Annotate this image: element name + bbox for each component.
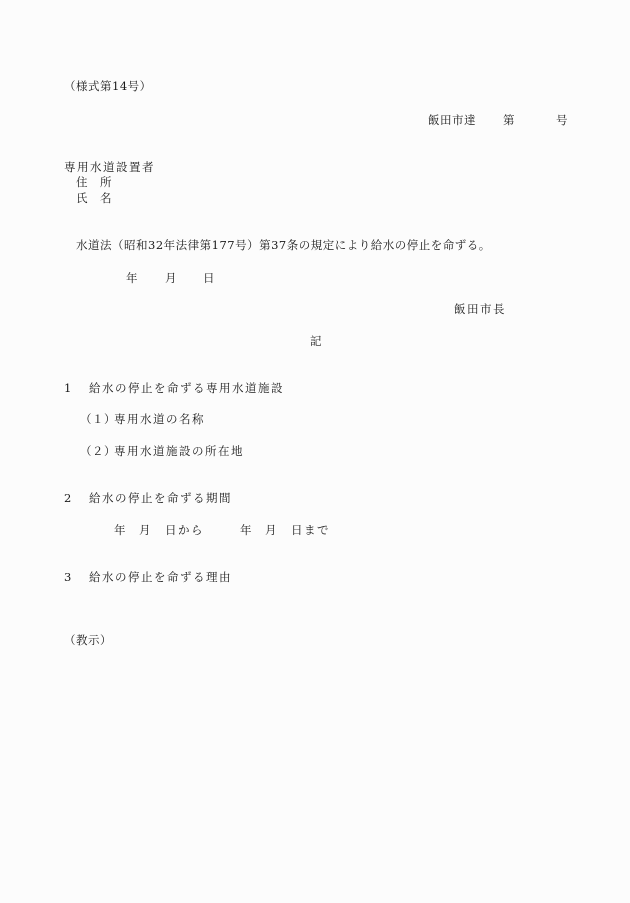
- item-1-sub-1-text: 専用水道の名称: [114, 414, 205, 426]
- item-1-sub-1-label: （１）: [80, 414, 116, 426]
- date-month: 月: [165, 273, 177, 285]
- document-page: （様式第14号） 飯田市達 第 号 専用水道設置者 住 所 氏 名 水道法（昭和…: [0, 0, 630, 903]
- period-to-day: 日まで: [291, 525, 330, 537]
- name-label: 氏 名: [76, 193, 112, 205]
- form-number: （様式第14号）: [64, 81, 152, 93]
- item-1-number: 1: [64, 383, 72, 395]
- notice-go: 号: [556, 115, 568, 127]
- item-1-sub-2-text: 専用水道施設の所在地: [114, 446, 244, 458]
- item-1-sub-2-label: （２）: [80, 446, 116, 458]
- instruction-label: （教示）: [64, 635, 112, 647]
- addressee-title: 専用水道設置者: [64, 162, 155, 174]
- item-3-title: 給水の停止を命ずる理由: [89, 572, 232, 584]
- period-from-month: 月: [139, 525, 151, 537]
- date-day: 日: [203, 273, 215, 285]
- period-to-month: 月: [265, 525, 277, 537]
- ki-heading: 記: [310, 336, 322, 348]
- item-2-number: 2: [64, 493, 72, 505]
- item-3-number: 3: [64, 572, 72, 584]
- period-from-day: 日から: [165, 525, 204, 537]
- item-1-title: 給水の停止を命ずる専用水道施設: [89, 383, 284, 395]
- signatory: 飯田市長: [454, 304, 506, 316]
- notice-dai: 第: [503, 115, 515, 127]
- item-2-title: 給水の停止を命ずる期間: [89, 493, 232, 505]
- period-from-year: 年: [114, 525, 126, 537]
- address-label: 住 所: [76, 177, 112, 189]
- body-text: 水道法（昭和32年法律第177号）第37条の規定により給水の停止を命ずる。: [76, 240, 491, 252]
- date-year: 年: [126, 273, 138, 285]
- period-to-year: 年: [240, 525, 252, 537]
- notice-issuer: 飯田市達: [428, 115, 476, 127]
